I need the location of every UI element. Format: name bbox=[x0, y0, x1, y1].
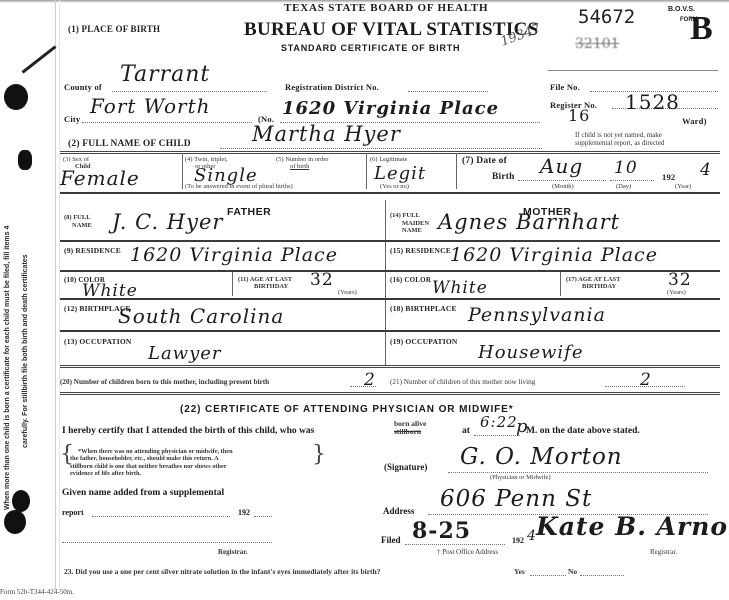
no-line[interactable] bbox=[580, 575, 624, 576]
divider bbox=[548, 70, 718, 71]
no-label: No bbox=[568, 567, 577, 576]
divider bbox=[60, 270, 720, 272]
district-line bbox=[408, 91, 488, 92]
birth-time-value[interactable]: 6:22 bbox=[480, 413, 518, 431]
day-caption: (Day) bbox=[616, 183, 631, 190]
registrar-label-right: Registrar. bbox=[650, 548, 677, 556]
birth-label: Birth bbox=[492, 172, 515, 182]
registration-district-label: Registration District No. bbox=[285, 82, 379, 92]
address-label: Address bbox=[383, 506, 414, 516]
report-line bbox=[92, 516, 230, 517]
divider bbox=[60, 151, 720, 154]
physician-section-heading: (22) CERTIFICATE OF ATTENDING PHYSICIAN … bbox=[180, 404, 514, 415]
father-occupation-value[interactable]: Lawyer bbox=[148, 343, 222, 364]
father-name-label: (8) FULL NAME bbox=[64, 214, 92, 230]
mother-age-label: (17) AGE AT LAST BIRTHDAY bbox=[566, 276, 620, 290]
divider bbox=[60, 192, 720, 194]
note-brace-right: } bbox=[312, 444, 326, 466]
filed-line bbox=[405, 544, 505, 545]
birth-day-value[interactable]: 10 bbox=[614, 158, 638, 178]
post-office-caption: † Post Office Address bbox=[437, 548, 498, 556]
punch-hole-bottom bbox=[4, 510, 26, 534]
registrar-label-left: Registrar. bbox=[218, 548, 247, 556]
divider bbox=[60, 392, 720, 395]
report-label: report bbox=[62, 508, 84, 517]
certify-text: I hereby certify that I attended the bir… bbox=[62, 426, 314, 436]
mother-birthplace-label: (18) BIRTHPLACE bbox=[390, 304, 457, 313]
margin-rule bbox=[59, 0, 60, 590]
divider bbox=[182, 153, 183, 189]
margin-rule bbox=[55, 0, 56, 590]
at-label: at bbox=[462, 426, 470, 436]
signature-caption: (Physician or Midwife) bbox=[490, 474, 551, 481]
time-line bbox=[474, 435, 520, 436]
county-line bbox=[112, 91, 267, 92]
margin-instruction-1: When more than one child is born a certi… bbox=[4, 226, 11, 510]
ward-label: Ward) bbox=[682, 116, 707, 126]
punch-hole-top bbox=[4, 84, 28, 110]
yes-label: Yes bbox=[514, 567, 525, 576]
divider bbox=[60, 330, 720, 332]
column-divider bbox=[385, 200, 386, 365]
father-age-label: (11) AGE AT LAST BIRTHDAY bbox=[238, 276, 292, 290]
divider bbox=[560, 272, 561, 296]
struck-number: 32101 bbox=[575, 36, 620, 52]
children-living-value[interactable]: 2 bbox=[640, 370, 652, 390]
children-born-label: (20) Number of children born to this mot… bbox=[60, 378, 269, 386]
report-year-line bbox=[254, 516, 272, 517]
children-living-label: (21) Number of children of this mother n… bbox=[390, 378, 535, 386]
father-age-value[interactable]: 32 bbox=[310, 270, 334, 290]
street-value[interactable]: 1620 Virginia Place bbox=[282, 98, 499, 119]
sex-value[interactable]: Female bbox=[60, 166, 140, 190]
legitimate-value[interactable]: Legit bbox=[374, 163, 426, 184]
punch-hole-bottom2 bbox=[12, 490, 30, 512]
time-suffix: M. on the date above stated. bbox=[526, 426, 640, 436]
father-name-value[interactable]: J. C. Hyer bbox=[112, 210, 223, 234]
city-line bbox=[82, 122, 252, 123]
punch-hole-mid bbox=[18, 150, 32, 170]
birth-month-value[interactable]: Aug bbox=[540, 154, 583, 178]
year-caption: (Year) bbox=[675, 183, 691, 190]
mother-color-label: (16) COLOR bbox=[390, 276, 431, 284]
mother-age-value[interactable]: 32 bbox=[668, 270, 692, 290]
county-value[interactable]: Tarrant bbox=[120, 62, 210, 87]
city-value[interactable]: Fort Worth bbox=[90, 94, 211, 118]
form-number: Form 52b-T344-424-50m. bbox=[0, 588, 74, 596]
divider bbox=[232, 272, 233, 296]
legitimate-label: (6) Legitimate bbox=[370, 156, 407, 163]
physician-address-value[interactable]: 606 Penn St bbox=[440, 486, 592, 512]
divider bbox=[60, 365, 720, 368]
mother-residence-label: (15) RESIDENCE bbox=[390, 246, 451, 255]
board-title: TEXAS STATE BOARD OF HEALTH bbox=[284, 2, 488, 14]
stillbirth-note: *When there was no attending physician o… bbox=[70, 448, 233, 478]
mother-occupation-label: (19) OCCUPATION bbox=[390, 337, 458, 346]
mother-color-value[interactable]: White bbox=[432, 278, 488, 298]
mother-years-label: (Years) bbox=[667, 289, 686, 296]
full-name-value[interactable]: Martha Hyer bbox=[252, 122, 401, 146]
plural-births-note: (To be answered in event of plural birth… bbox=[185, 183, 293, 190]
registrar-line-left bbox=[62, 542, 272, 543]
yes-no-label: (Yes or no) bbox=[380, 183, 409, 190]
father-years-label: (Years) bbox=[338, 289, 357, 296]
signature-line bbox=[448, 472, 708, 473]
margin-instruction-2: carefully. For stillbirth file both birt… bbox=[22, 254, 29, 448]
yes-line[interactable] bbox=[530, 575, 566, 576]
father-residence-value[interactable]: 1620 Virginia Place bbox=[130, 244, 338, 266]
county-label: County of bbox=[64, 82, 102, 92]
father-occupation-label: (13) OCCUPATION bbox=[64, 337, 132, 346]
ward-value[interactable]: 16 bbox=[568, 106, 590, 125]
given-name-label: Given name added from a supplemental bbox=[62, 488, 224, 498]
children-born-value[interactable]: 2 bbox=[364, 370, 376, 390]
certificate-number: 54672 bbox=[578, 6, 635, 28]
bureau-title: BUREAU OF VITAL STATISTICS bbox=[244, 19, 538, 41]
divider bbox=[366, 153, 367, 189]
ink-stroke bbox=[22, 45, 57, 73]
signature-label: (Signature) bbox=[384, 462, 427, 472]
father-residence-label: (9) RESIDENCE bbox=[64, 246, 121, 255]
form-letter: B bbox=[690, 12, 713, 46]
physician-signature[interactable]: G. O. Morton bbox=[460, 444, 623, 470]
month-caption: (Month) bbox=[552, 183, 574, 190]
mother-name-label: (14) FULL MAIDEN NAME bbox=[390, 212, 429, 235]
mother-residence-value[interactable]: 1620 Virginia Place bbox=[450, 244, 658, 266]
mother-birthplace-value[interactable]: Pennsylvania bbox=[468, 304, 606, 326]
birth-year-suffix[interactable]: 4 bbox=[700, 160, 712, 180]
born-alive-option: born alive stillborn bbox=[394, 420, 426, 436]
silver-nitrate-question: 23. Did you use a one per cent silver ni… bbox=[64, 567, 380, 576]
filed-label: Filed bbox=[381, 535, 401, 545]
report-year: 192 bbox=[238, 508, 250, 517]
mother-occupation-value[interactable]: Housewife bbox=[478, 342, 584, 363]
city-label: City bbox=[64, 114, 80, 124]
place-of-birth-label: (1) PLACE OF BIRTH bbox=[68, 24, 160, 34]
order-label: (5) Number in order of birth bbox=[276, 156, 329, 170]
date-of-birth-label: (7) Date of bbox=[462, 156, 507, 166]
file-no-label: File No. bbox=[550, 82, 580, 92]
birth-year-prefix: 192 bbox=[662, 172, 675, 182]
month-line bbox=[518, 180, 606, 181]
registrar-signature[interactable]: Kate B. Arnold bbox=[536, 512, 729, 541]
supplemental-note: If child is not yet named, make suppleme… bbox=[575, 131, 664, 147]
father-birthplace-value[interactable]: South Carolina bbox=[118, 304, 284, 328]
certificate-type: STANDARD CERTIFICATE OF BIRTH bbox=[281, 43, 460, 53]
father-heading: FATHER bbox=[227, 206, 271, 218]
full-name-line bbox=[220, 148, 542, 149]
form-label: FORM bbox=[680, 17, 686, 24]
mother-name-value[interactable]: Agnes Barnhart bbox=[438, 210, 620, 234]
divider bbox=[60, 298, 720, 300]
divider bbox=[456, 153, 457, 189]
register-no-value[interactable]: 1528 bbox=[625, 90, 680, 114]
divider bbox=[60, 240, 720, 242]
day-line bbox=[610, 180, 654, 181]
filed-date-value[interactable]: 8-25 bbox=[412, 518, 471, 544]
filed-year-prefix: 192 bbox=[512, 536, 524, 545]
full-name-label: (2) FULL NAME OF CHILD bbox=[68, 139, 191, 149]
